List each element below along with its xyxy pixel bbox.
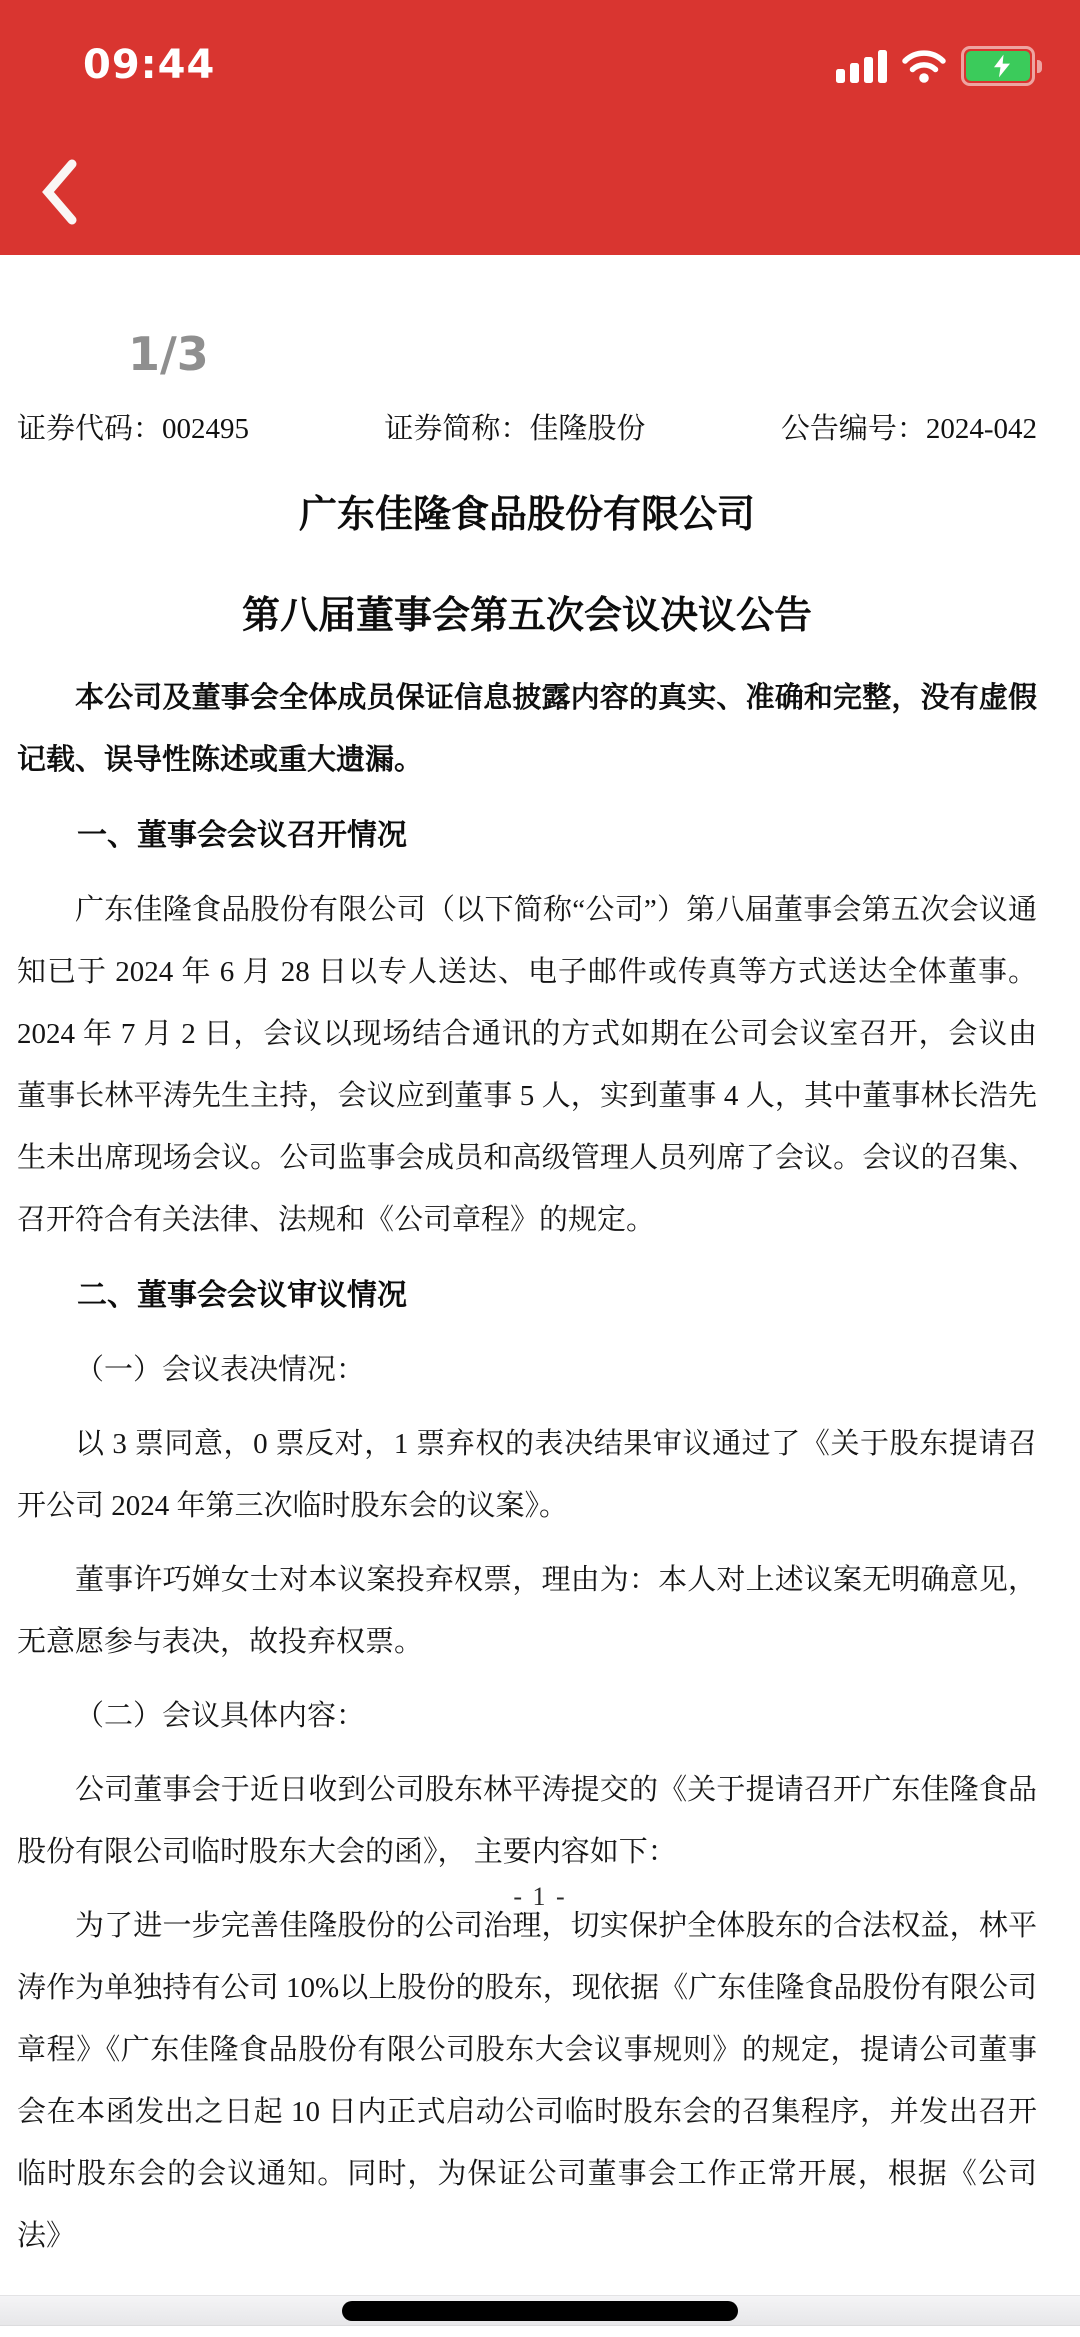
battery-charging-icon: [961, 46, 1042, 86]
section-2-heading: 二、董事会会议审议情况: [17, 1265, 1037, 1327]
app-header: 09:44: [0, 0, 1080, 255]
section-2-paragraph: 为了进一步完善佳隆股份的公司治理，切实保护全体股东的合法权益，林平涛作为单独持有…: [17, 1895, 1037, 2267]
home-indicator[interactable]: [342, 2301, 738, 2321]
wifi-icon: [901, 48, 947, 84]
section-2-paragraph: 以 3 票同意，0 票反对，1 票弃权的表决结果审议通过了《关于股东提请召开公司…: [17, 1413, 1037, 1537]
disclaimer-paragraph: 本公司及董事会全体成员保证信息披露内容的真实、准确和完整，没有虚假记载、误导性陈…: [17, 667, 1037, 791]
section-1-heading: 一、董事会会议召开情况: [17, 805, 1037, 867]
lightning-bolt-icon: [989, 52, 1015, 80]
back-chevron-icon: [38, 158, 82, 226]
document-title: 广东佳隆食品股份有限公司: [17, 483, 1037, 538]
status-time: 09:44: [83, 42, 215, 88]
section-2-paragraph: 公司董事会于近日收到公司股东林平涛提交的《关于提请召开广东佳隆食品股份有限公司临…: [17, 1759, 1037, 1883]
page-indicator: 1/3: [128, 327, 209, 381]
signal-bars-icon: [836, 49, 887, 83]
section-2-paragraph: 董事许巧婵女士对本议案投弃权票，理由为：本人对上述议案无明确意见，无意愿参与表决…: [17, 1549, 1037, 1673]
stock-short-name: 证券简称：佳隆股份: [384, 406, 645, 447]
app-screen: 09:44: [0, 0, 1080, 2337]
status-icons: [836, 46, 1042, 86]
back-button[interactable]: [28, 150, 92, 234]
document-page: 证券代码：002495 证券简称：佳隆股份 公告编号：2024-042 广东佳隆…: [0, 255, 1080, 2267]
announcement-number: 公告编号：2024-042: [781, 406, 1037, 447]
document-subtitle: 第八届董事会第五次会议决议公告: [17, 584, 1037, 639]
stock-code: 证券代码：002495: [17, 406, 249, 447]
section-2-paragraph: （二）会议具体内容：: [17, 1685, 1037, 1747]
document-page-number: - 1 -: [0, 1882, 1080, 1912]
section-2-paragraph: （一）会议表决情况：: [17, 1339, 1037, 1401]
section-1-paragraph: 广东佳隆食品股份有限公司（以下简称“公司”）第八届董事会第五次会议通知已于 20…: [17, 879, 1037, 1251]
pdf-viewer[interactable]: 1/3 证券代码：002495 证券简称：佳隆股份 公告编号：2024-042 …: [0, 255, 1080, 2337]
document-meta-row: 证券代码：002495 证券简称：佳隆股份 公告编号：2024-042: [17, 406, 1037, 447]
